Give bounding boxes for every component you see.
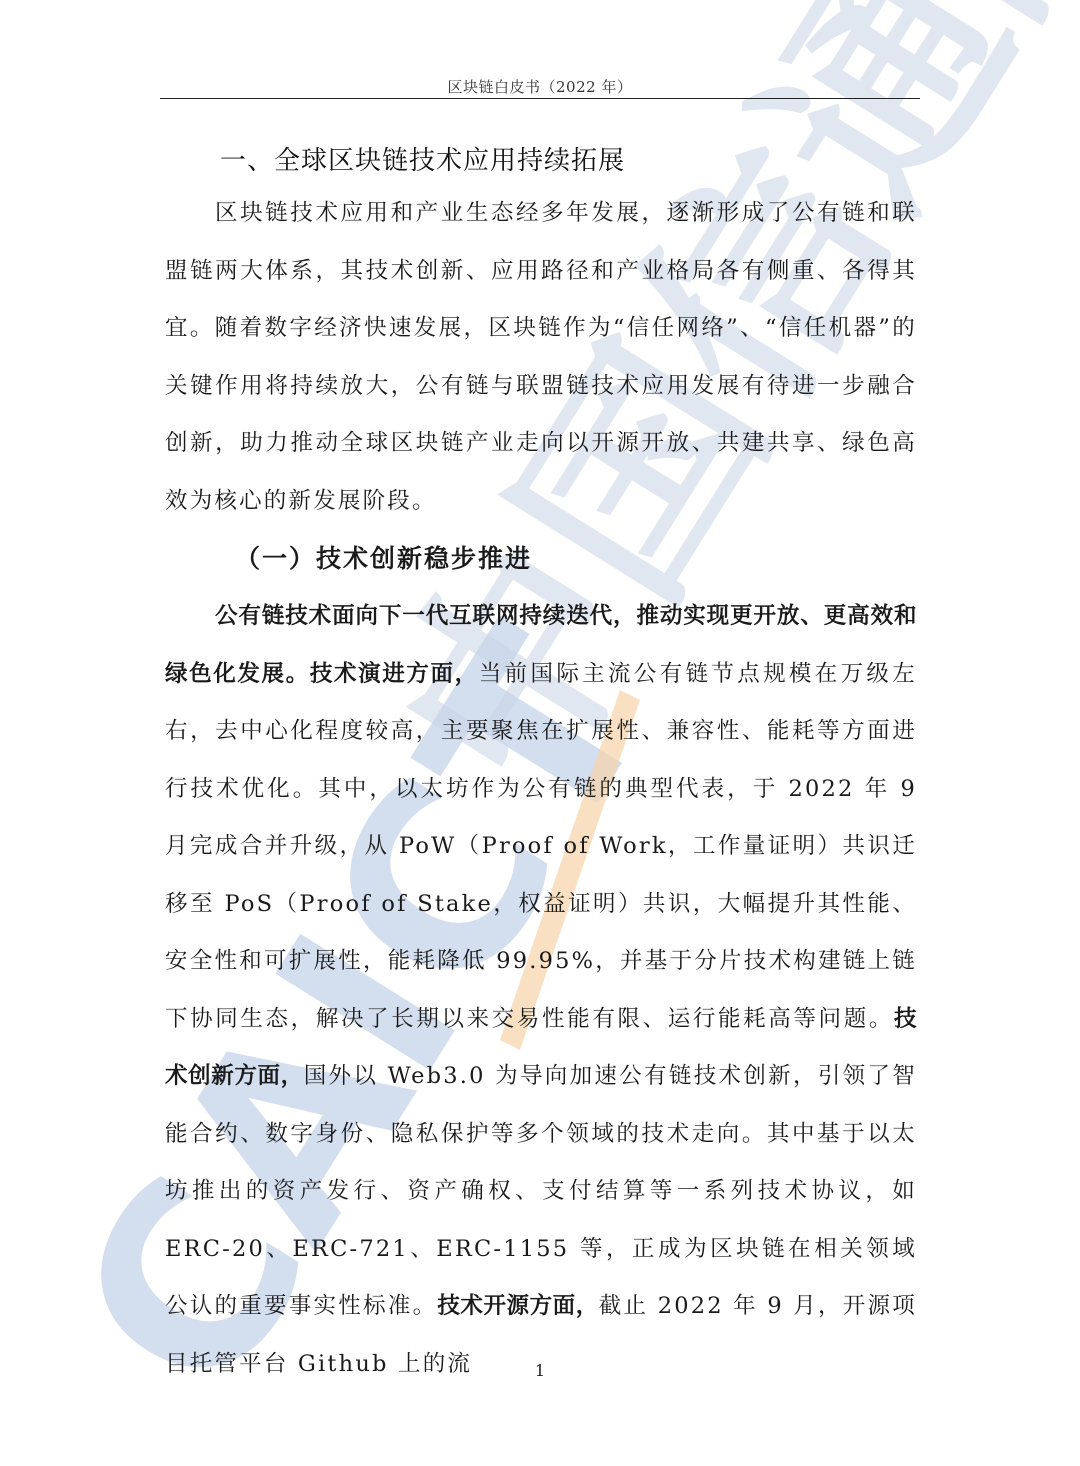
evolution-label: 技术演进方面， bbox=[310, 661, 479, 687]
running-header: 区块链白皮书（2022 年） bbox=[160, 76, 920, 97]
body-paragraph: 公有链技术面向下一代互联网持续迭代，推动实现更开放、更高效和绿色化发展。技术演进… bbox=[165, 588, 917, 1393]
opensource-label: 技术开源方面， bbox=[437, 1293, 598, 1319]
intro-paragraph: 区块链技术应用和产业生态经多年发展，逐渐形成了公有链和联盟链两大体系，其技术创新… bbox=[165, 185, 917, 530]
subsection-heading: （一）技术创新稳步推进 bbox=[165, 530, 917, 588]
evolution-text: 当前国际主流公有链节点规模在万级左右，去中心化程度较高，主要聚焦在扩展性、兼容性… bbox=[165, 661, 917, 1032]
header-divider bbox=[160, 98, 920, 99]
section-heading: 一、全球区块链技术应用持续拓展 bbox=[220, 140, 917, 182]
document-page: 中国信通院 CAICT 区块链白皮书（2022 年） 一、全球区块链技术应用持续… bbox=[0, 0, 1080, 1466]
innovation-text: 国外以 Web3.0 为导向加速公有链技术创新，引领了智能合约、数字身份、隐私保… bbox=[165, 1063, 917, 1319]
page-body: 一、全球区块链技术应用持续拓展 区块链技术应用和产业生态经多年发展，逐渐形成了公… bbox=[165, 140, 917, 1393]
